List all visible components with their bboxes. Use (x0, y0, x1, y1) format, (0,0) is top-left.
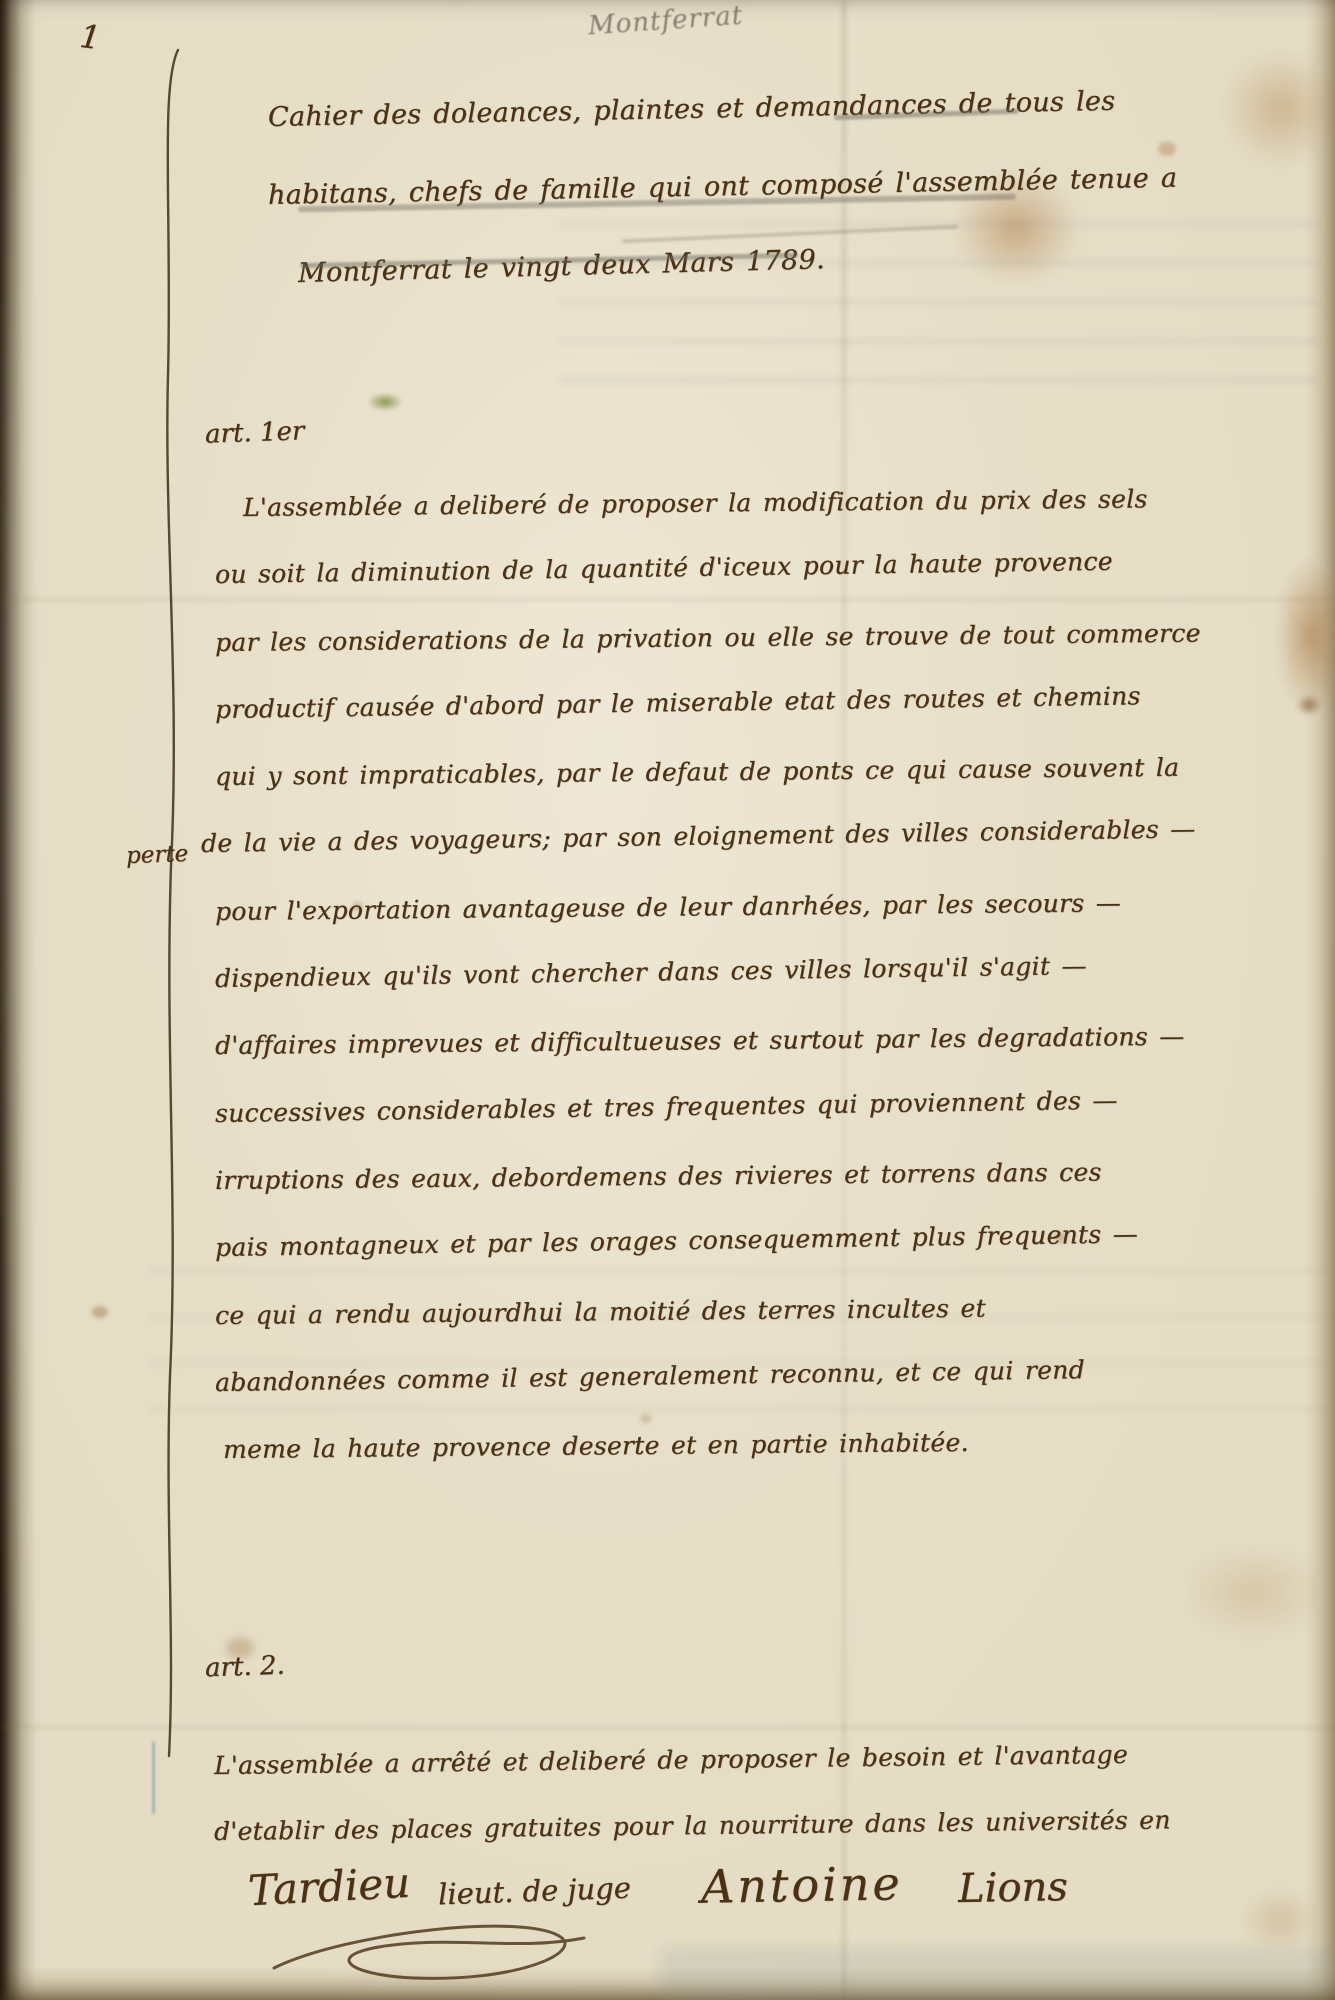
signature-antoine: Antoine (700, 1856, 903, 1914)
stain (1180, 1545, 1330, 1640)
signature-flourish (262, 1910, 602, 1998)
manuscript-line: successives considerables et tres freque… (215, 1065, 1202, 1147)
signature-lions: Lions (957, 1864, 1068, 1912)
signature-title: lieut. de juge (438, 1871, 632, 1912)
foxing-spot (92, 1306, 108, 1318)
stain (1276, 556, 1335, 716)
manuscript-line: L'assemblée a arrêté et deliberé de prop… (214, 1720, 1171, 1798)
ink-blot-green (368, 393, 402, 411)
manuscript-line: abandonnées comme il est generalement re… (215, 1334, 1202, 1416)
manuscript-line: de la vie a des voyageurs; par son eloig… (201, 796, 1202, 878)
manuscript-page: 1 Montferrat Cahier des doleances, plain… (0, 0, 1335, 2000)
article-2-heading: art. 2. (205, 1651, 286, 1684)
manuscript-line: meme la haute provence deserte et en par… (223, 1407, 1201, 1484)
pencil-annotation: Montferrat (587, 1, 744, 42)
margin-rule-line (148, 46, 192, 1762)
margin-note-perte: perte (126, 841, 189, 869)
signature-row: Tardieu lieut. de juge Antoine Lions (248, 1858, 1268, 1912)
verso-show-through (660, 1948, 1335, 2000)
page-number: 1 (78, 17, 103, 57)
article-1-text: L'assemblée a deliberé de proposer la mo… (215, 474, 1201, 1483)
manuscript-line: ou soit la diminution de la quantité d'i… (215, 527, 1202, 609)
manuscript-line: d'etablir des places gratuites pour la n… (214, 1786, 1171, 1864)
document-title: Cahier des doleances, plaintes et demand… (268, 78, 1177, 312)
manuscript-line: productif causée d'abord par le miserabl… (215, 661, 1202, 743)
manuscript-line: dispendieux qu'ils vont chercher dans ce… (215, 930, 1202, 1012)
stain (1222, 50, 1335, 168)
stain (1296, 694, 1322, 716)
signature-tardieu: Tardieu (247, 1858, 411, 1915)
article-1-heading: art. 1er (205, 416, 305, 449)
article-2-text: L'assemblée a arrêté et deliberé de prop… (214, 1732, 1171, 1864)
manuscript-line: pais montagneux et par les orages conseq… (215, 1200, 1202, 1282)
